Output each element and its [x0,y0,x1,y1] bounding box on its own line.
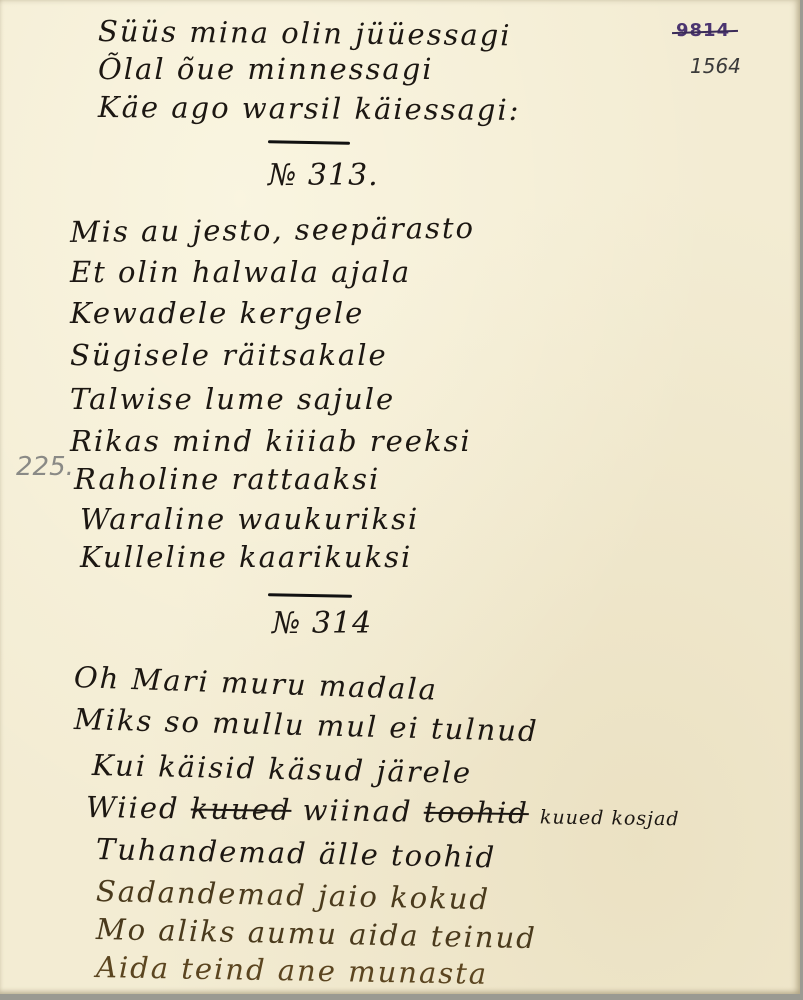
poem-line: Sügisele räitsakale [70,338,388,372]
verse-line: Õlal õue minnessagi [98,52,434,86]
struck-word: kuued [191,791,292,826]
poem-line: Kui käisid käsud järele [92,748,473,790]
poem-line: Aida teind ane munasta [96,950,489,991]
poem-line: Mis au jesto, seepärasto [70,211,475,249]
poem-line-corrected: Wiied kuued wiinad toohid kuued kosjad [86,790,680,832]
manuscript-page: 9814 1564 225. Süüs mina olin jüüessagi … [0,0,800,994]
poem-line: Et olin halwala ajala [70,255,411,289]
poem-line: Kewadele kergele [70,296,364,330]
section-divider [268,140,350,144]
struck-word: toohid [424,795,530,830]
poem-line: Waraline waukuriksi [80,502,419,536]
poem-line: Mo aliks aumu aida teinud [96,912,538,955]
poem-line: Rikas mind kiiiab reeksi [70,424,472,458]
word: wiinad [302,793,412,829]
margin-number: 225. [16,452,74,482]
pencil-page-number: 1564 [690,54,741,78]
section-divider [268,593,352,597]
poem-line: Kulleline kaarikuksi [80,540,412,574]
poem-line: Sadandemad jaio kokud [96,874,491,916]
poem-line: Raholine rattaaksi [74,462,380,496]
poem-line: Tuhandemad älle toohid [96,832,497,874]
poem-313-heading: № 313. [268,158,379,193]
verse-line: Süüs mina olin jüüessagi [98,14,512,52]
poem-line: Oh Mari muru madala [73,660,438,707]
word: Wiied [86,790,180,825]
poem-line: Miks so mullu mul ei tulnud [74,702,539,748]
inserted-words: kuued kosjad [540,806,680,830]
verse-line: Käe ago warsil käiessagi: [98,90,521,127]
poem-314-heading: № 314 [272,606,372,641]
poem-line: Talwise lume sajule [70,382,395,416]
